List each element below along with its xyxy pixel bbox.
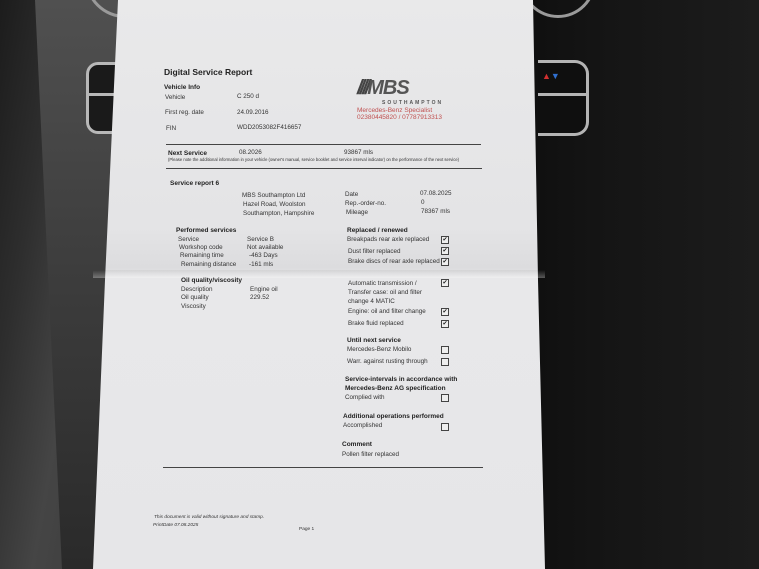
first-reg-label: First reg. date	[165, 109, 204, 116]
until-next-item-label: Mercedes-Benz Mobilo	[347, 346, 411, 353]
oil-quality-label: Oil quality	[181, 294, 209, 301]
first-reg-value: 24.09.2016	[237, 109, 269, 116]
rep-order-value: 0	[421, 199, 425, 206]
replaced-item-checkbox[interactable]: ✔	[441, 258, 449, 266]
until-next-item-checkbox[interactable]	[441, 346, 449, 354]
accomplished-label: Accomplished	[343, 422, 382, 429]
oil-quality-heading: Oil quality/viscosity	[181, 277, 242, 284]
remaining-distance-label: Remaining distance	[181, 261, 236, 268]
service-label: Service	[178, 236, 199, 243]
replaced-item-checkbox[interactable]: ✔	[441, 320, 449, 328]
until-next-service-heading: Until next service	[347, 337, 401, 344]
vehicle-value: C 250 d	[237, 93, 259, 100]
replaced-renewed-heading: Replaced / renewed	[347, 227, 408, 234]
logo-phone: 02380445820 / 07787913313	[357, 114, 443, 121]
report-date-value: 07.08.2025	[420, 190, 452, 197]
fin-value: WDD2053082F416657	[237, 124, 301, 131]
comment-heading: Comment	[342, 441, 372, 448]
service-report-heading: Service report 6	[170, 180, 219, 187]
comment-text: Pollen filter replaced	[342, 451, 399, 458]
until-next-item-checkbox[interactable]	[441, 358, 449, 366]
next-service-date: 08.2026	[239, 149, 262, 156]
until-next-item-label: Warr. against rusting through	[347, 358, 428, 365]
mileage-value: 78367 mls	[421, 208, 450, 215]
replaced-item-label: Brake fluid replaced	[348, 320, 404, 327]
next-service-mileage: 93867 mls	[344, 149, 373, 156]
divider	[163, 467, 483, 468]
replaced-item-label: Dust filter replaced	[348, 248, 401, 255]
paper-fold-crease	[93, 270, 545, 278]
report-title: Digital Service Report	[164, 67, 252, 77]
temperature-arrows-icon: ▲▼	[542, 72, 560, 81]
service-value: Service B	[247, 236, 274, 243]
print-date: PrintDate 07.08.2025	[153, 523, 198, 528]
logo-sub: SOUTHAMPTON	[382, 100, 443, 106]
replaced-item-label: Engine: oil and filter change	[348, 308, 426, 315]
rep-order-label: Rep.-order-no.	[345, 200, 386, 207]
mbs-logo: ////MBS SOUTHAMPTON Mercedes-Benz Specia…	[357, 77, 443, 121]
vehicle-info-heading: Vehicle Info	[164, 84, 200, 91]
workshop-address-line: Hazel Road, Woolston	[243, 201, 306, 208]
replaced-item-label: Breakpads rear axle replaced	[347, 236, 429, 243]
page-number: Page 1	[299, 527, 314, 532]
remaining-distance-value: -161 mls	[249, 261, 273, 268]
replaced-item-label: Brake discs of rear axle replaced	[348, 257, 440, 266]
additional-operations-heading: Additional operations performed	[343, 413, 444, 420]
validity-note: This document is valid without signature…	[154, 515, 264, 520]
fin-label: FIN	[166, 125, 176, 132]
oil-description-label: Description	[181, 286, 213, 293]
replaced-item-label: Automatic transmission / Transfer case: …	[348, 279, 433, 306]
service-intervals-heading: Service-intervals in accordance with	[345, 376, 457, 383]
vehicle-label: Vehicle	[165, 94, 185, 101]
next-service-label: Next Service	[168, 150, 207, 157]
oil-quality-value: 229.52	[250, 294, 269, 301]
workshop-address-line: MBS Southampton Ltd	[242, 192, 305, 199]
workshop-code-label: Workshop code	[179, 244, 223, 251]
mileage-label: Mileage	[346, 209, 368, 216]
performed-services-heading: Performed services	[176, 227, 236, 234]
remaining-time-value: -463 Days	[249, 252, 278, 259]
accomplished-checkbox[interactable]	[441, 423, 449, 431]
divider	[166, 168, 482, 169]
remaining-time-label: Remaining time	[180, 252, 224, 259]
divider	[166, 144, 481, 145]
replaced-item-checkbox[interactable]: ✔	[441, 308, 449, 316]
logo-tagline: Mercedes-Benz Specialist	[357, 107, 443, 114]
replaced-item-checkbox[interactable]: ✔	[441, 279, 449, 287]
logo-mark: MBS	[367, 77, 408, 99]
viscosity-label: Viscosity	[181, 303, 206, 310]
complied-with-checkbox[interactable]	[441, 394, 449, 402]
next-service-note: (Please note the additional information …	[168, 157, 483, 162]
oil-description-value: Engine oil	[250, 286, 278, 293]
workshop-code-value: Not available	[247, 244, 283, 251]
service-report-paper	[93, 0, 545, 569]
report-date-label: Date	[345, 191, 358, 198]
workshop-address-line: Southampton, Hampshire	[243, 210, 314, 217]
service-intervals-heading-2: Mercedes-Benz AG specification	[345, 385, 446, 392]
replaced-item-checkbox[interactable]: ✔	[441, 247, 449, 255]
replaced-item-checkbox[interactable]: ✔	[441, 236, 449, 244]
complied-with-label: Complied with	[345, 394, 385, 401]
